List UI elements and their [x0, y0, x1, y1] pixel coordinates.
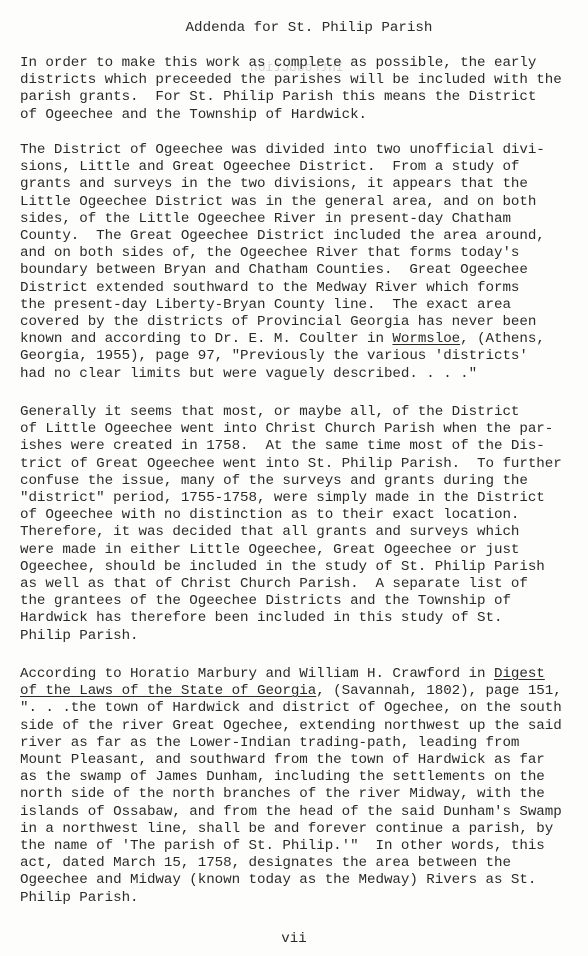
- text-line: of Little Ogeechee went into Christ Chur…: [20, 421, 588, 438]
- text-line: confuse the issue, many of the surveys a…: [20, 473, 588, 490]
- text-line-with-citation: known and according to Dr. E. M. Coulter…: [20, 331, 588, 348]
- paragraph-districts: The District of Ogeechee was divided int…: [20, 142, 588, 383]
- text-line: as well as that of Christ Church Parish.…: [20, 576, 588, 593]
- text-line: and on both sides of, the Ogeechee River…: [20, 245, 588, 262]
- page-title: Addenda for St. Philip Parish: [0, 20, 588, 37]
- text-line-with-citation: of the Laws of the State of Georgia, (Sa…: [20, 683, 588, 700]
- text-line: The District of Ogeechee was divided int…: [20, 142, 588, 159]
- text-line: grants and surveys in the two divisions,…: [20, 176, 588, 193]
- text-line: north side of the north branches of the …: [20, 786, 588, 803]
- book-title-wormsloe: Wormsloe: [392, 331, 460, 347]
- text-segment: According to Horatio Marbury and William…: [20, 666, 494, 682]
- page-number: vii: [0, 931, 588, 948]
- text-line: of Ogeechee with no distinction as to th…: [20, 507, 588, 524]
- text-line: sides, of the Little Ogeechee River in p…: [20, 211, 588, 228]
- text-segment: , (Savannah, 1802), page 151,: [316, 683, 561, 699]
- text-line: boundary between Bryan and Chatham Count…: [20, 262, 588, 279]
- text-line: ". . .the town of Hardwick and district …: [20, 700, 588, 717]
- text-line: Therefore, it was decided that all grant…: [20, 524, 588, 541]
- text-line: Mount Pleasant, and southward from the t…: [20, 752, 588, 769]
- text-line: Generally it seems that most, or maybe a…: [20, 404, 588, 421]
- text-line: the name of 'The parish of St. Philip.'"…: [20, 838, 588, 855]
- text-line: trict of Great Ogeechee went into St. Ph…: [20, 456, 588, 473]
- text-line: act, dated March 15, 1758, designates th…: [20, 855, 588, 872]
- text-line: districts which preceeded the parishes w…: [20, 72, 588, 89]
- book-title-digest-part2: of the Laws of the State of Georgia: [20, 683, 316, 699]
- text-line: District extended southward to the Medwa…: [20, 280, 588, 297]
- text-line: Ogeechee, should be included in the stud…: [20, 559, 588, 576]
- text-line: river as far as the Lower-Indian trading…: [20, 735, 588, 752]
- text-line: were made in either Little Ogeechee, Gre…: [20, 542, 588, 559]
- text-line: Philip Parish.: [20, 628, 588, 645]
- text-line: side of the river Great Ogechee, extendi…: [20, 718, 588, 735]
- text-line: Little Ogeechee District was in the gene…: [20, 194, 588, 211]
- text-segment: known and according to Dr. E. M. Coulter…: [20, 331, 392, 347]
- text-line: of Ogeechee and the Township of Hardwick…: [20, 107, 588, 124]
- text-line: had no clear limits but were vaguely des…: [20, 366, 588, 383]
- text-line: as the swamp of James Dunham, including …: [20, 769, 588, 786]
- paragraph-digest-quote: According to Horatio Marbury and William…: [20, 666, 588, 907]
- text-line: sions, Little and Great Ogeechee Distric…: [20, 159, 588, 176]
- text-line-with-citation: According to Horatio Marbury and William…: [20, 666, 588, 683]
- paragraph-parishes: Generally it seems that most, or maybe a…: [20, 404, 588, 645]
- text-line: In order to make this work as complete a…: [20, 55, 588, 72]
- text-line: County. The Great Ogeechee District incl…: [20, 228, 588, 245]
- text-line: parish grants. For St. Philip Parish thi…: [20, 89, 588, 106]
- text-line: islands of Ossabaw, and from the head of…: [20, 804, 588, 821]
- text-line: Hardwick has therefore been included in …: [20, 610, 588, 627]
- text-line: Georgia, 1955), page 97, "Previously the…: [20, 348, 588, 365]
- book-title-digest-part1: Digest: [494, 666, 545, 682]
- text-segment: , (Athens,: [460, 331, 545, 347]
- text-line: the grantees of the Ogeechee Districts a…: [20, 593, 588, 610]
- text-line: the present-day Liberty-Bryan County lin…: [20, 297, 588, 314]
- text-line: covered by the districts of Provincial G…: [20, 314, 588, 331]
- text-line: Ogeechee and Midway (known today as the …: [20, 872, 588, 889]
- document-page: Introduction Addenda for St. Philip Pari…: [0, 0, 588, 956]
- text-line: in a northwest line, shall be and foreve…: [20, 821, 588, 838]
- text-line: ishes were created in 1758. At the same …: [20, 438, 588, 455]
- text-line: Philip Parish.: [20, 890, 588, 907]
- paragraph-intro: In order to make this work as complete a…: [20, 55, 588, 124]
- text-line: "district" period, 1755-1758, were simpl…: [20, 490, 588, 507]
